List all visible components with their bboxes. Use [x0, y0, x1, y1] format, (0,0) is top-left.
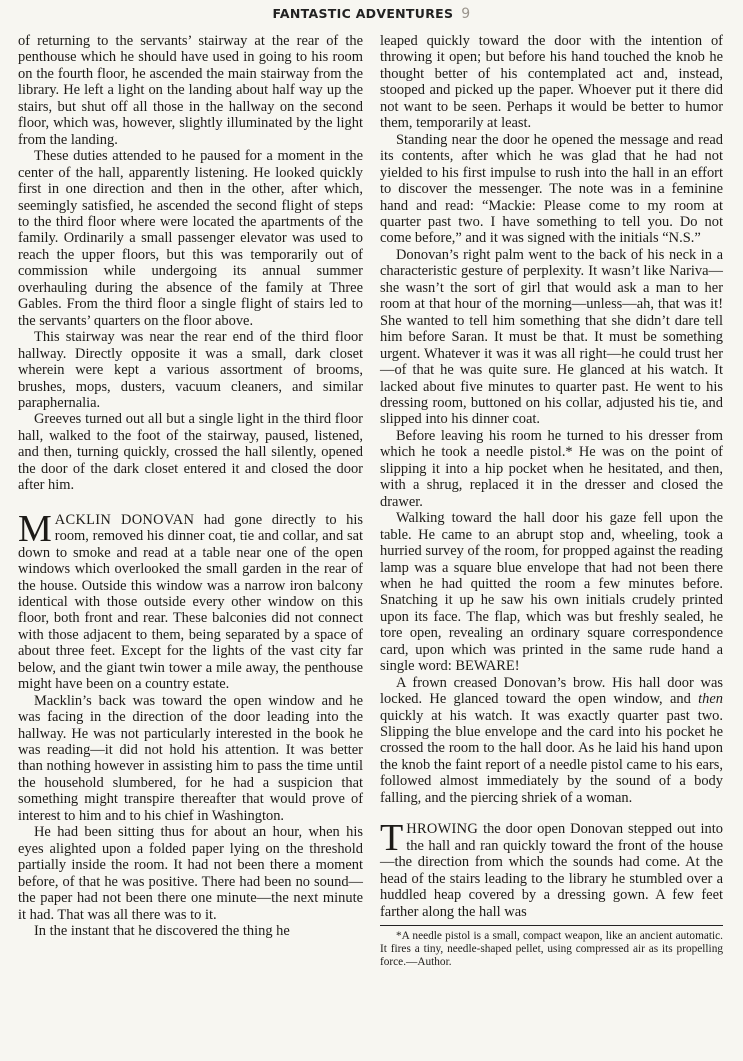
paragraph: He had been sitting thus for about an ho…: [18, 824, 363, 923]
section-break: [380, 806, 723, 821]
paragraph-text: had gone directly to his room, removed h…: [18, 512, 363, 693]
right-column: leaped quickly toward the door with the …: [380, 33, 723, 970]
italic-word: then: [698, 691, 723, 707]
paragraph: These duties attended to he paused for a…: [18, 148, 363, 329]
footnote-divider: [380, 925, 723, 926]
lead-in-caps: ACKLIN DONOVAN: [55, 512, 194, 528]
paragraph: Walking toward the hall door his gaze fe…: [380, 510, 723, 675]
drop-cap: M: [18, 514, 52, 544]
running-header: FANTASTIC ADVENTURES9: [0, 6, 743, 22]
left-column: of returning to the servants’ stairway a…: [18, 33, 363, 939]
paragraph-text: quickly at his watch. It was exactly qua…: [380, 708, 723, 806]
lead-in-caps: HROWING: [406, 821, 478, 837]
paragraph: Before leaving his room he turned to his…: [380, 428, 723, 510]
paragraph: leaped quickly toward the door with the …: [380, 33, 723, 132]
page-number: 9: [461, 6, 470, 22]
paragraph: In the instant that he discovered the th…: [18, 923, 363, 939]
footnote: *A needle pistol is a small, compact wea…: [380, 930, 723, 970]
paragraph: of returning to the servants’ stairway a…: [18, 33, 363, 148]
paragraph-text: A frown creased Donovan’s brow. His hall…: [380, 675, 723, 707]
paragraph: A frown creased Donovan’s brow. His hall…: [380, 675, 723, 807]
paragraph: Donovan’s right palm went to the back of…: [380, 247, 723, 428]
drop-cap: T: [380, 823, 403, 853]
paragraph: Greeves turned out all but a single ligh…: [18, 411, 363, 493]
paragraph: Macklin’s back was toward the open windo…: [18, 693, 363, 825]
paragraph: This stairway was near the rear end of t…: [18, 329, 363, 411]
section-opening-paragraph: THROWING the door open Donovan stepped o…: [380, 821, 723, 920]
paragraph: Standing near the door he opened the mes…: [380, 132, 723, 247]
section-break: [18, 494, 363, 512]
magazine-title: FANTASTIC ADVENTURES: [273, 6, 454, 21]
section-opening-paragraph: MACKLIN DONOVAN had gone directly to his…: [18, 512, 363, 693]
